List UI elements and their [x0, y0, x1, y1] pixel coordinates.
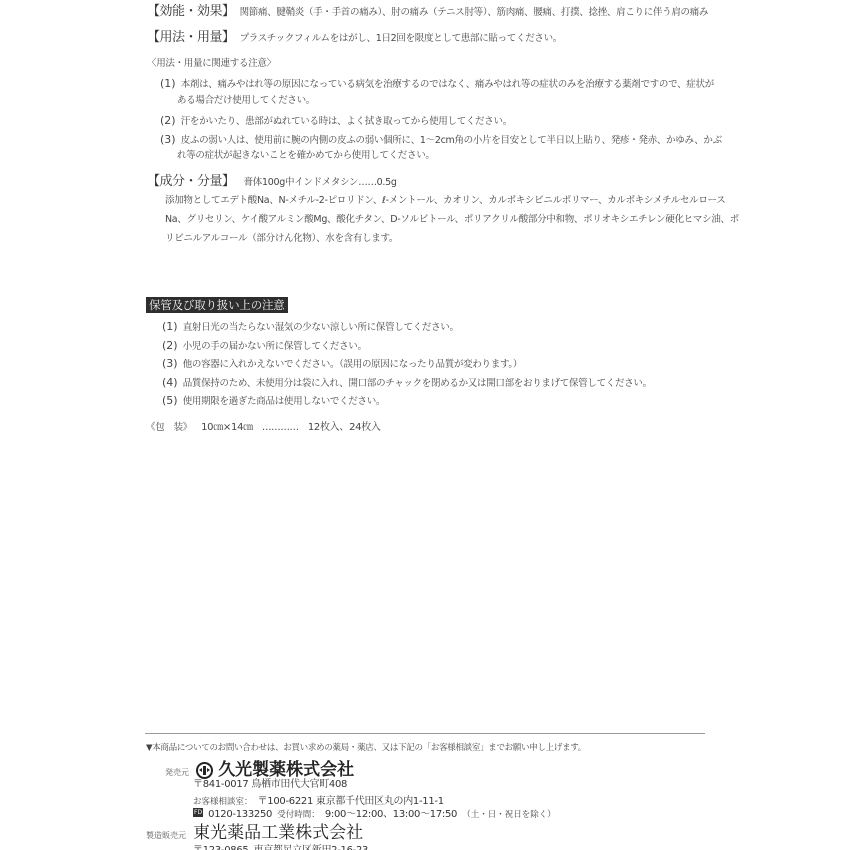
storage-text: 小児の手の届かない所に保管してください。	[183, 341, 367, 352]
dosage-note-3-cont: れ等の症状が起きないことを確かめてから使用してください。	[177, 147, 435, 161]
package-size: 10㎝×14㎝	[201, 422, 253, 433]
manufacturer-label: 製造販売元	[146, 831, 186, 840]
free-dial-icon: FD	[193, 808, 203, 817]
storage-item-3: (3) 他の容器に入れかえないでください。（誤用の原因になったり品質が変わります…	[162, 352, 522, 371]
efficacy-heading: 【効能・効果】	[147, 4, 235, 19]
package-dots: …………	[262, 422, 299, 433]
dosage-note-3: (3) 皮ふの弱い人は、使用前に腕の内側の皮ふの弱い個所に、1～2cm角の小片を…	[160, 128, 722, 147]
seller-label: 発売元	[165, 768, 189, 777]
dosage-text: プラスチックフィルムをはがし、1日2回を限度として患部に貼ってください。	[240, 33, 562, 44]
note-number: (1)	[160, 77, 176, 90]
storage-number: (4)	[162, 376, 178, 389]
package-counts: 12枚入、24枚入	[308, 422, 381, 433]
manufacturer-postal: 〒123-0865	[193, 845, 248, 850]
additives-line-3: リビニルアルコール（部分けん化物）、水を含有します。	[165, 230, 398, 244]
efficacy-text: 関節痛、腱鞘炎（手・手首の痛み）、肘の痛み（テニス肘等）、筋肉痛、腰痛、打撲、捻…	[240, 7, 709, 18]
efficacy-section: 【効能・効果】 関節痛、腱鞘炎（手・手首の痛み）、肘の痛み（テニス肘等）、筋肉痛…	[147, 0, 708, 19]
hours-note: （土・日・祝日を除く）	[462, 810, 556, 820]
package-info: 《包 装》 10㎝×14㎝ ………… 12枚入、24枚入	[146, 415, 381, 434]
dosage-note-1-cont: ある場合だけ使用してください。	[177, 92, 315, 106]
storage-item-1: (1) 直射日光の当たらない湿気の少ない涼しい所に保管してください。	[162, 315, 459, 334]
additives-line-2: Na、グリセリン、ケイ酸アルミン酸Mg、酸化チタン、D-ソルビトール、ポリアクリ…	[165, 211, 739, 225]
inquiry-text: ▼本商品についてのお問い合わせは、お買い求めの薬局・薬店、又は下記の「お客様相談…	[146, 741, 586, 753]
note-text: 本剤は、痛みやはれ等の原因になっている病気を治療するのではなく、痛みやはれ等の症…	[181, 79, 714, 90]
storage-item-5: (5) 使用期限を過ぎた商品は使用しないでください。	[162, 389, 385, 408]
storage-heading: 保管及び取り扱い上の注意	[146, 297, 288, 313]
footer-divider	[145, 733, 705, 734]
storage-text: 他の容器に入れかえないでください。（誤用の原因になったり品質が変わります。）	[183, 359, 522, 370]
storage-text: 品質保持のため、未使用分は袋に入れ、開口部のチャックを閉めるか又は開口部をおりま…	[183, 378, 652, 389]
dosage-notes-heading: 〈用法・用量に関連する注意〉	[147, 55, 276, 69]
dosage-section: 【用法・用量】 プラスチックフィルムをはがし、1日2回を限度として患部に貼ってく…	[147, 26, 562, 45]
storage-number: (1)	[162, 320, 178, 333]
seller-address: 〒841-0017 鳥栖市田代大官町408	[193, 775, 347, 790]
storage-heading-wrap: 保管及び取り扱い上の注意	[146, 294, 288, 313]
note-number: (2)	[160, 114, 176, 127]
storage-item-4: (4) 品質保持のため、未使用分は袋に入れ、開口部のチャックを閉めるか又は開口部…	[162, 371, 652, 390]
storage-text: 使用期限を過ぎた商品は使用しないでください。	[183, 396, 385, 407]
additives-line-1: 添加物としてエデト酸Na、N-メチル-2-ピロリドン、ℓ-メントール、カオリン、…	[165, 192, 725, 206]
dosage-heading: 【用法・用量】	[147, 30, 235, 45]
manufacturer-address: 東京都足立区新田2-16-23	[254, 845, 369, 850]
dosage-note-2: (2) 汗をかいたり、患部がぬれている時は、よく拭き取ってから使用してください。	[160, 109, 512, 128]
storage-number: (2)	[162, 339, 178, 352]
ingredients-heading: 【成分・分量】	[147, 174, 235, 189]
note-number: (3)	[160, 133, 176, 146]
ingredients-main: 膏体100g中インドメタシン……0.5g	[244, 177, 397, 188]
storage-text: 直射日光の当たらない湿気の少ない涼しい所に保管してください。	[183, 322, 459, 333]
ingredients-section: 【成分・分量】 膏体100g中インドメタシン……0.5g	[147, 170, 397, 189]
storage-item-2: (2) 小児の手の届かない所に保管してください。	[162, 334, 367, 353]
storage-number: (3)	[162, 357, 178, 370]
note-text: 汗をかいたり、患部がぬれている時は、よく拭き取ってから使用してください。	[181, 116, 512, 127]
package-label: 《包 装》	[146, 422, 192, 433]
storage-number: (5)	[162, 394, 178, 407]
note-text: 皮ふの弱い人は、使用前に腕の内側の皮ふの弱い個所に、1～2cm角の小片を目安とし…	[181, 135, 722, 146]
dosage-note-1: (1) 本剤は、痛みやはれ等の原因になっている病気を治療するのではなく、痛みやは…	[160, 72, 714, 91]
manufacturer-address-row: 〒123-0865 東京都足立区新田2-16-23	[193, 838, 368, 850]
